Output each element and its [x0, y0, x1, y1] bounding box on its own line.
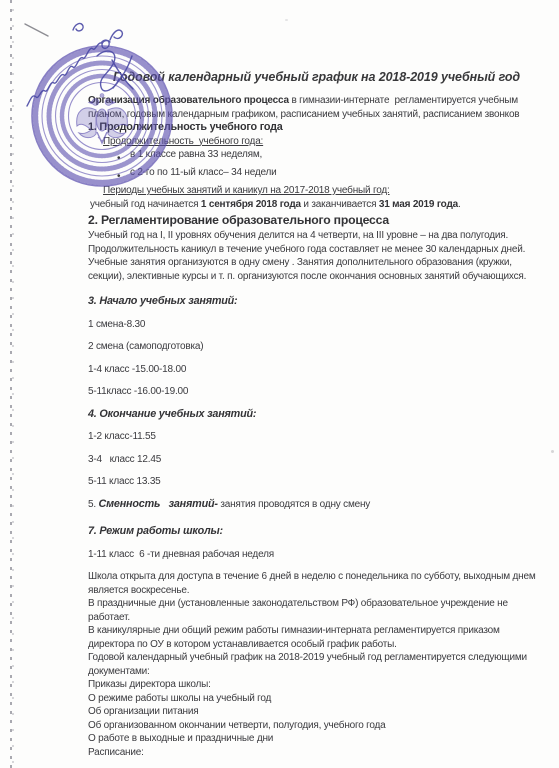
- section1-subheading: Продолжительность учебного года:: [88, 135, 545, 149]
- text-line: Школа открыта для доступа в течение 6 дн…: [88, 570, 545, 584]
- bullet-text: в 1 классе равна 33 неделям,: [130, 148, 262, 166]
- text-line: работает.: [88, 611, 545, 625]
- text-line: Приказы директора школы:: [88, 678, 545, 692]
- start-date: 1 сентября 2018 года: [201, 199, 301, 210]
- text-line: 2 смена (самоподготовка): [88, 340, 545, 354]
- text-line: 5-11класс -16.00-19.00: [88, 385, 545, 399]
- list-item: с 2-го по 11-ый класс– 34 недели: [88, 166, 545, 184]
- intro-line-2: планом, годовым календарным графиком, ра…: [88, 108, 545, 122]
- text-line: 5-11 класс 13.35: [88, 475, 545, 489]
- pencil-mark: [25, 24, 48, 36]
- section5-heading: Сменность занятий-: [99, 498, 218, 510]
- section3-heading: 3. Начало учебных занятий:: [88, 295, 545, 309]
- document-title: Годовой календарный учебный график на 20…: [88, 68, 545, 86]
- text-line: 3-4 класс 12.45: [88, 453, 545, 467]
- text-line: Учебный год на I, II уровнях обучения де…: [88, 229, 545, 243]
- list-item: в 1 классе равна 33 неделям,: [88, 148, 545, 166]
- intro-lead-rest: в гимназии-интернате регламентируется уч…: [289, 95, 518, 106]
- scanned-document-page: Годовой календарный учебный график на 20…: [0, 0, 559, 768]
- text-line: О режиме работы школы на учебный год: [88, 692, 545, 706]
- section1-heading: 1. Продолжительность учебного года: [88, 121, 545, 135]
- duration-bullet-list: в 1 классе равна 33 неделям, с 2-го по 1…: [88, 148, 545, 184]
- text-line: Об организации питания: [88, 705, 545, 719]
- text-line: 1-4 класс -15.00-18.00: [88, 363, 545, 377]
- scan-edge-binder-marks: [9, 0, 14, 768]
- text-line: 1 смена-8.30: [88, 318, 545, 332]
- text-line: Годовой календарный учебный график на 20…: [88, 651, 545, 665]
- intro-line-1: Организация образовательного процесса в …: [88, 94, 545, 108]
- text-line: секции), элективные курсы и т. п. органи…: [88, 270, 545, 284]
- text-line: Продолжительность каникул в течение учеб…: [88, 243, 545, 257]
- section4-heading: 4. Окончание учебных занятий:: [88, 408, 545, 422]
- section5-line: 5. Сменность занятий- занятия проводятся…: [88, 498, 545, 512]
- school-year-dates-line: учебный год начинается 1 сентября 2018 г…: [88, 198, 545, 212]
- section2-heading: 2. Регламентирование образовательного пр…: [88, 212, 545, 228]
- bullet-icon: [88, 166, 130, 184]
- bullet-text: с 2-го по 11-ый класс– 34 недели: [130, 166, 277, 184]
- text-line: директора по ОУ в котором устанавливаетс…: [88, 638, 545, 652]
- document-body: Годовой календарный учебный график на 20…: [88, 64, 545, 759]
- text-line: В праздничные дни (установленные законод…: [88, 597, 545, 611]
- scan-speck: [285, 19, 288, 21]
- text-line: В каникулярные дни общий режим работы ги…: [88, 624, 545, 638]
- text-line: Учебные занятия организуются в одну смен…: [88, 256, 545, 270]
- text-line: документами:: [88, 665, 545, 679]
- end-date: 31 мая 2019 года: [379, 199, 458, 210]
- text-line: 1-11 класс 6 -ти дневная рабочая неделя: [88, 548, 545, 562]
- scan-speck: [551, 450, 554, 453]
- text-line: 1-2 класс-11.55: [88, 430, 545, 444]
- intro-lead-bold: Организация образовательного процесса: [88, 95, 289, 106]
- text-line: Расписание:: [88, 746, 545, 760]
- section7-heading: 7. Режим работы школы:: [88, 525, 545, 539]
- periods-line: Периоды учебных занятий и каникул на 201…: [88, 184, 545, 198]
- bullet-icon: [88, 148, 130, 166]
- text-line: Об организованном окончании четверти, по…: [88, 719, 545, 733]
- text-line: О работе в выходные и праздничные дни: [88, 732, 545, 746]
- text-line: является воскресенье.: [88, 584, 545, 598]
